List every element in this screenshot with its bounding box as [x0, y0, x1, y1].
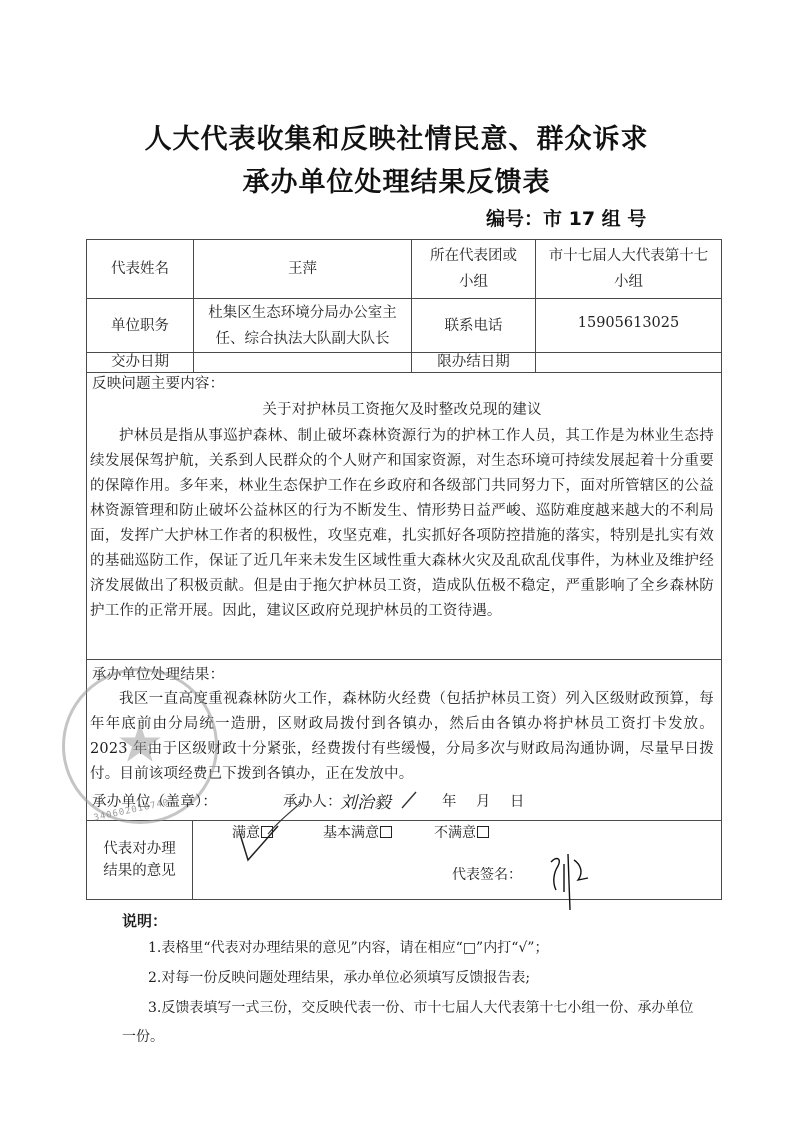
- phone-value: 15905613025: [536, 299, 721, 352]
- result-body: 我区一直高度重视森林防火工作，森林防火经费（包括护林员工资）列入区级财政预算，每…: [90, 687, 714, 787]
- position-value: 杜集区生态环境分局办公室主任、综合执法大队副大队长: [194, 299, 411, 352]
- rep-signature-text: 王萍: [555, 860, 556, 861]
- position-label: 单位职务: [87, 299, 193, 352]
- deadline-value[interactable]: [536, 353, 721, 372]
- notes-title: 说明：: [122, 910, 167, 931]
- note-item-3: 3.反馈表填写一式三份，交反映代表一份、市十七届人大代表第十七小组一份、承办单位…: [122, 994, 707, 1052]
- assigned-date-label: 交办日期: [87, 353, 193, 372]
- form-title-line1: 人大代表收集和反映社情民意、群众诉求: [0, 117, 793, 156]
- signature-stroke-icon: [400, 790, 420, 810]
- rep-name-label: 代表姓名: [87, 240, 193, 298]
- signature-connector-icon: [238, 800, 308, 840]
- option-unsatisfied-label: 不满意: [434, 825, 476, 841]
- rep-signature-label: 代表签名：: [452, 864, 522, 884]
- option-unsatisfied[interactable]: 不满意: [434, 822, 489, 842]
- note-item-1: 1.表格里“代表对办理结果的意见”内容，请在相应“□”内打“√”；: [148, 938, 708, 958]
- group-value: 市十七届人大代表第十七小组: [536, 240, 721, 298]
- issue-label: 反映问题主要内容：: [92, 372, 712, 397]
- phone-label: 联系电话: [412, 299, 535, 352]
- checkbox-basically-satisfied[interactable]: [380, 826, 392, 838]
- issue-body: 护林员是指从事巡护森林、制止破坏森林资源行为的护林工作人员，其工作是为林业生态持…: [90, 424, 714, 624]
- option-basically-satisfied[interactable]: 基本满意: [323, 822, 392, 842]
- serial-number: 编号：市 17 组 号: [486, 204, 646, 231]
- handler-signature: 刘治毅: [340, 788, 391, 813]
- date-label: 年 月 日: [442, 790, 562, 815]
- deadline-label: 限办结日期: [412, 353, 535, 372]
- form-title-line2: 承办单位处理结果反馈表: [0, 160, 793, 199]
- assigned-date-value[interactable]: [194, 353, 411, 372]
- option-basically-satisfied-label: 基本满意: [323, 825, 379, 841]
- group-label: 所在代表团或小组: [412, 240, 535, 298]
- rep-name-value: 王萍: [194, 240, 411, 298]
- checkbox-unsatisfied[interactable]: [477, 826, 489, 838]
- note-item-2: 2.对每一份反映问题处理结果，承办单位必须填写反馈报告表;: [148, 968, 708, 988]
- opinion-label: 代表对办理结果的意见: [87, 821, 192, 899]
- issue-title: 关于对护林员工资拖欠及时整改兑现的建议: [92, 398, 712, 423]
- result-label: 承办单位处理结果：: [92, 663, 712, 688]
